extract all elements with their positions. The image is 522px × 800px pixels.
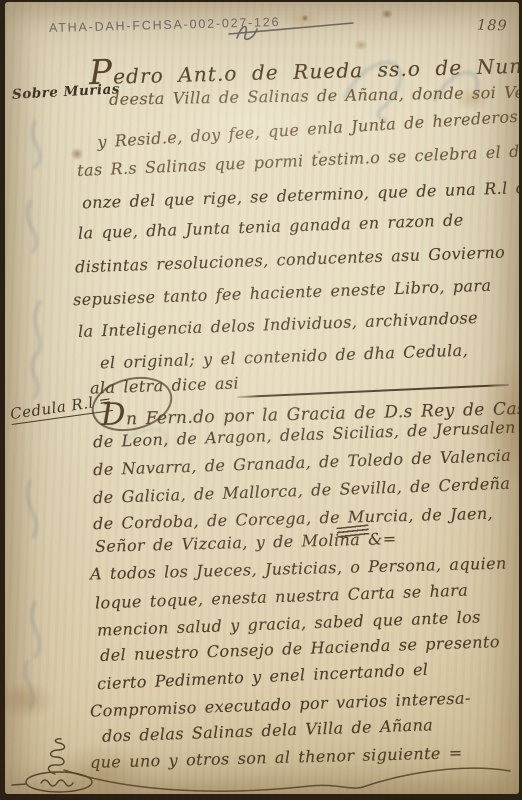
manuscript-line: A todos los Jueces, Justicias, o Persona… <box>90 556 507 583</box>
manuscript-line: cierto Pedimento y enel incertando el <box>97 662 429 692</box>
manuscript-line: Señor de Vizcaia, y de Molina &= <box>95 531 397 555</box>
paper-page: ATHA-DAH-FCHSA-002-027-126 189 Sobre Mur… <box>5 2 519 794</box>
manuscript-line: Pedro Ant.o de Rueda ss.o de Num.o y Aiu… <box>89 40 519 90</box>
manuscript-line: que uno y otros son al thenor siguiente … <box>90 745 463 771</box>
page-number: 189 <box>477 17 508 34</box>
archive-reference: ATHA-DAH-FCHSA-002-027-126 <box>49 15 281 35</box>
manuscript-scan: ATHA-DAH-FCHSA-002-027-126 189 Sobre Mur… <box>0 0 522 800</box>
manuscript-line: de Galicia, de Mallorca, de Sevilla, de … <box>93 476 511 507</box>
manuscript-line: de Cordoba, de Corcega, de Murcia, de Ja… <box>93 506 493 532</box>
manuscript-line: dos delas Salinas dela Villa de Añana <box>102 717 434 745</box>
manuscript-line: de Navarra, de Granada, de Toledo de Val… <box>93 448 512 479</box>
manuscript-line: la Inteligencia delos Individuos, archiv… <box>78 310 478 340</box>
manuscript-line: ala letra dice asi <box>90 375 239 396</box>
manuscript-line: la que, dha Junta tenia ganada en razon … <box>78 212 464 241</box>
manuscript-line: onze del que rige, se determino, que de … <box>82 179 519 212</box>
manuscript-line: sepusiese tanto fee haciente eneste Libr… <box>73 278 492 309</box>
manuscript-line: el original; y el contenido de dha Cedul… <box>100 343 468 372</box>
manuscript-line: distintas resoluciones, conducentes asu … <box>75 244 506 275</box>
manuscript-line: loque toque, enesta nuestra Carta se har… <box>95 582 469 611</box>
manuscript-line: del nuestro Consejo de Hacienda se prese… <box>100 634 500 664</box>
